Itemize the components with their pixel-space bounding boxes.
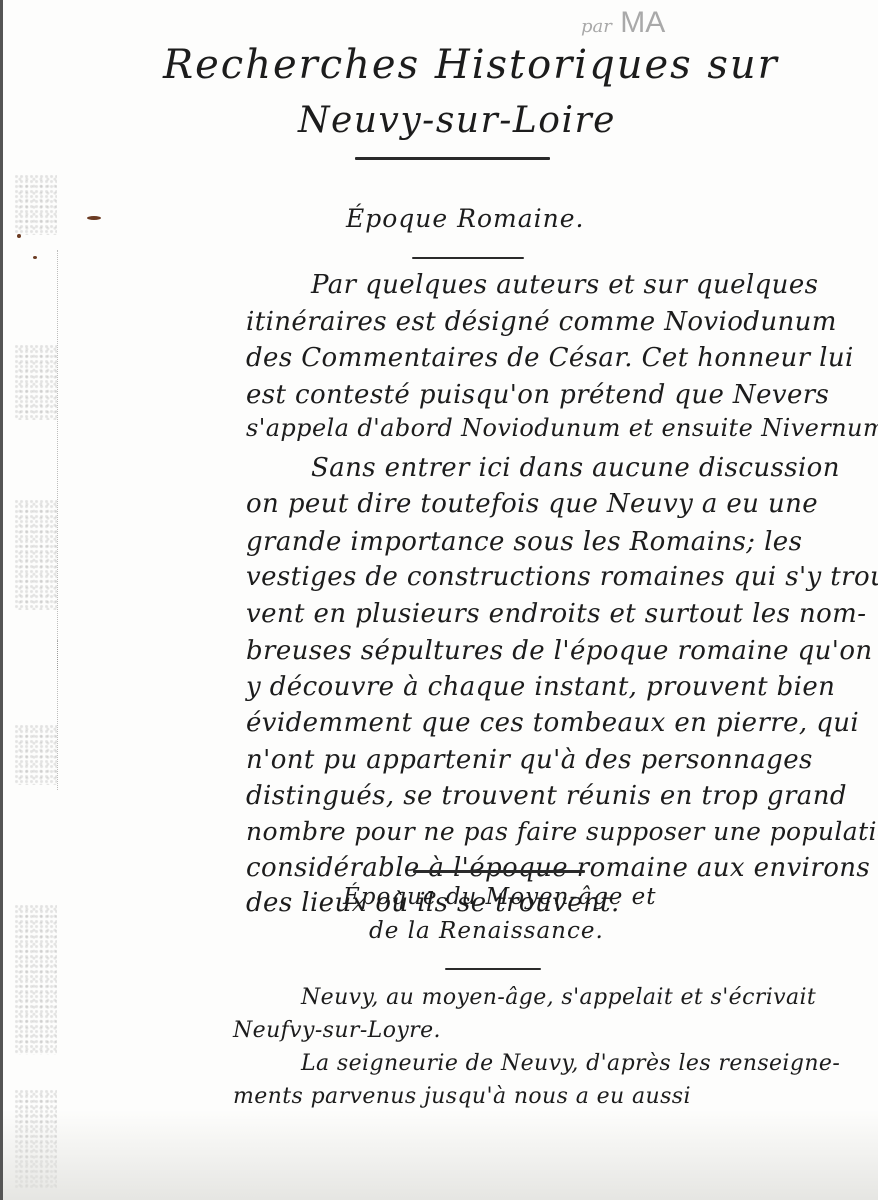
body-line: vent en plusieurs endroits et surtout le… — [246, 599, 866, 629]
body-line: itinéraires est désigné comme Noviodunum — [246, 307, 837, 337]
annotation-initials: MA — [620, 6, 665, 39]
body-line: grande importance sous les Romains; les — [246, 527, 802, 557]
title-line-2: Neuvy-sur-Loire — [298, 100, 616, 141]
body-line: ments parvenus jusqu'à nous a eu aussi — [233, 1084, 691, 1109]
margin-line — [57, 250, 59, 670]
title-underline — [355, 157, 550, 160]
section-heading-medieval-line-1: Époque du Moyen-âge et — [343, 884, 656, 910]
body-line: Neuvy, au moyen-âge, s'appelait et s'écr… — [301, 985, 816, 1010]
ink-stain — [87, 216, 101, 220]
section-underline — [445, 968, 541, 970]
margin-smudge — [15, 345, 57, 420]
margin-smudge — [15, 725, 57, 785]
body-line: on peut dire toutefois que Neuvy a eu un… — [246, 489, 818, 519]
annotation-prefix: par — [581, 16, 612, 37]
scan-shadow — [3, 1110, 878, 1200]
body-line: évidemment que ces tombeaux en pierre, q… — [246, 708, 859, 738]
body-line: Neufvy-sur-Loyre. — [233, 1018, 441, 1043]
section-heading-medieval-line-2: de la Renaissance. — [369, 918, 604, 944]
ink-stain — [33, 256, 37, 259]
body-line: n'ont pu appartenir qu'à des personnages — [246, 745, 813, 775]
pencil-annotation: par MA — [581, 6, 665, 40]
section-heading-roman: Époque Romaine. — [346, 204, 584, 233]
ink-stain — [17, 234, 21, 238]
body-line: des Commentaires de César. Cet honneur l… — [246, 343, 854, 373]
body-line: Sans entrer ici dans aucune discussion — [311, 453, 840, 483]
body-line: est contesté puisqu'on prétend que Never… — [246, 380, 829, 410]
margin-line — [57, 640, 59, 790]
body-line: distingués, se trouvent réunis en trop g… — [246, 781, 847, 811]
body-line: breuses sépultures de l'époque romaine q… — [246, 636, 873, 666]
body-line: vestiges de constructions romaines qui s… — [246, 562, 878, 592]
section-separator — [413, 870, 585, 873]
manuscript-page: par MA Recherches Historiques sur Neuvy-… — [0, 0, 878, 1200]
body-line: nombre pour ne pas faire supposer une po… — [246, 817, 878, 846]
body-line: considérable à l'époque romaine aux envi… — [246, 853, 870, 883]
body-line: La seigneurie de Neuvy, d'après les rens… — [301, 1051, 840, 1076]
body-line: Par quelques auteurs et sur quelques — [311, 270, 818, 300]
margin-smudge — [15, 500, 57, 610]
title-line-1: Recherches Historiques sur — [163, 42, 779, 88]
section-underline — [412, 257, 524, 259]
margin-smudge — [15, 905, 57, 1055]
body-line: s'appela d'abord Noviodunum et ensuite N… — [246, 414, 878, 442]
margin-smudge — [15, 175, 57, 235]
body-line: y découvre à chaque instant, prouvent bi… — [246, 672, 835, 702]
